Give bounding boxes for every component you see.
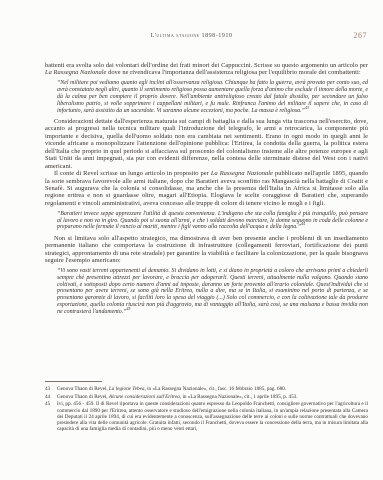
paragraph-battenti: battenti era svolta solo dai volontari d…	[45, 62, 368, 77]
footnote-list: 43Genova Thaon di Revel, La legione Tebe…	[45, 386, 368, 432]
text-run: “Vi sono vasti terreni appartenenti al d…	[57, 268, 368, 315]
block-quote-vi-sono-vasti-terreni: “Vi sono vasti terreni appartenenti al d…	[57, 268, 368, 316]
text-run: “Nel militare poi vediamo quanto egli in…	[57, 80, 368, 113]
footnotes-section: 43Genova Thaon di Revel, La legione Tebe…	[45, 381, 368, 434]
footnote-reference: 45	[127, 306, 131, 311]
footnote-number: 45	[45, 401, 57, 432]
text-run: dove ne rivendicava l'importanza dell'as…	[106, 69, 360, 76]
footnote-text: Genova Thaon di Revel, La legione Tebea,…	[57, 386, 368, 392]
text-run: Ivi, pp. 456 - 459. Il di Revel riportav…	[57, 401, 368, 432]
text-run: Genova Thaon di Revel,	[57, 394, 109, 400]
text-run: La Rassegna Nazionale	[45, 69, 106, 76]
block-quote-baratieri: “Baratieri invece seppe apprezzare l'uti…	[57, 211, 368, 231]
text-run: Alcune considerazioni sull'Eritrea	[109, 394, 180, 400]
text-run: La Rassegna Nazionale	[211, 170, 273, 177]
running-head: L'ultima stagione 1898-1910	[0, 32, 383, 39]
footnote-reference: 43	[305, 105, 309, 110]
text-column: battenti era svolta solo dai volontari d…	[45, 62, 368, 319]
text-run: Considerazioni dettate dall'esperienza m…	[45, 118, 368, 170]
book-page: L'ultima stagione 1898-1910 267 battenti…	[0, 0, 383, 480]
footnote-number: 44	[45, 394, 57, 400]
text-run: Il conte di Revel scrisse un lungo artic…	[54, 170, 211, 177]
text-run: “Baratieri invece seppe apprezzare l'uti…	[57, 211, 368, 231]
page-number: 267	[354, 31, 368, 40]
block-quote-nel-militare: “Nel militare poi vediamo quanto egli in…	[57, 80, 368, 114]
text-run: , in «La Rassegna Nazionale», cit., 1 ap…	[180, 394, 298, 400]
text-run: Non si limitava solo all'aspetto strateg…	[45, 235, 368, 264]
footnote-text: Genova Thaon di Revel, Alcune consideraz…	[57, 394, 368, 400]
footnote-reference: 44	[301, 221, 305, 226]
page-header: L'ultima stagione 1898-1910 267	[0, 32, 383, 44]
footnote-number: 43	[45, 386, 57, 392]
footnote: 43Genova Thaon di Revel, La legione Tebe…	[45, 386, 368, 392]
paragraph-non-si-limitava: Non si limitava solo all'aspetto strateg…	[45, 235, 368, 265]
footnote-divider	[45, 381, 102, 382]
text-run: battenti era svolta solo dai volontari d…	[45, 62, 368, 69]
text-run: , in «La Rassegna Nazionale», cit., fasc…	[144, 386, 286, 392]
footnote-text: Ivi, pp. 456 - 459. Il di Revel riportav…	[57, 401, 368, 432]
paragraph-considerazioni: Considerazioni dettate dall'esperienza m…	[45, 118, 368, 170]
paragraph-conte-di-revel: Il conte di Revel scrisse un lungo artic…	[45, 170, 368, 207]
footnote: 45Ivi, pp. 456 - 459. Il di Revel riport…	[45, 401, 368, 432]
text-run: Genova Thaon di Revel,	[57, 386, 109, 392]
text-run: La legione Tebea	[109, 386, 145, 392]
footnote: 44Genova Thaon di Revel, Alcune consider…	[45, 394, 368, 400]
